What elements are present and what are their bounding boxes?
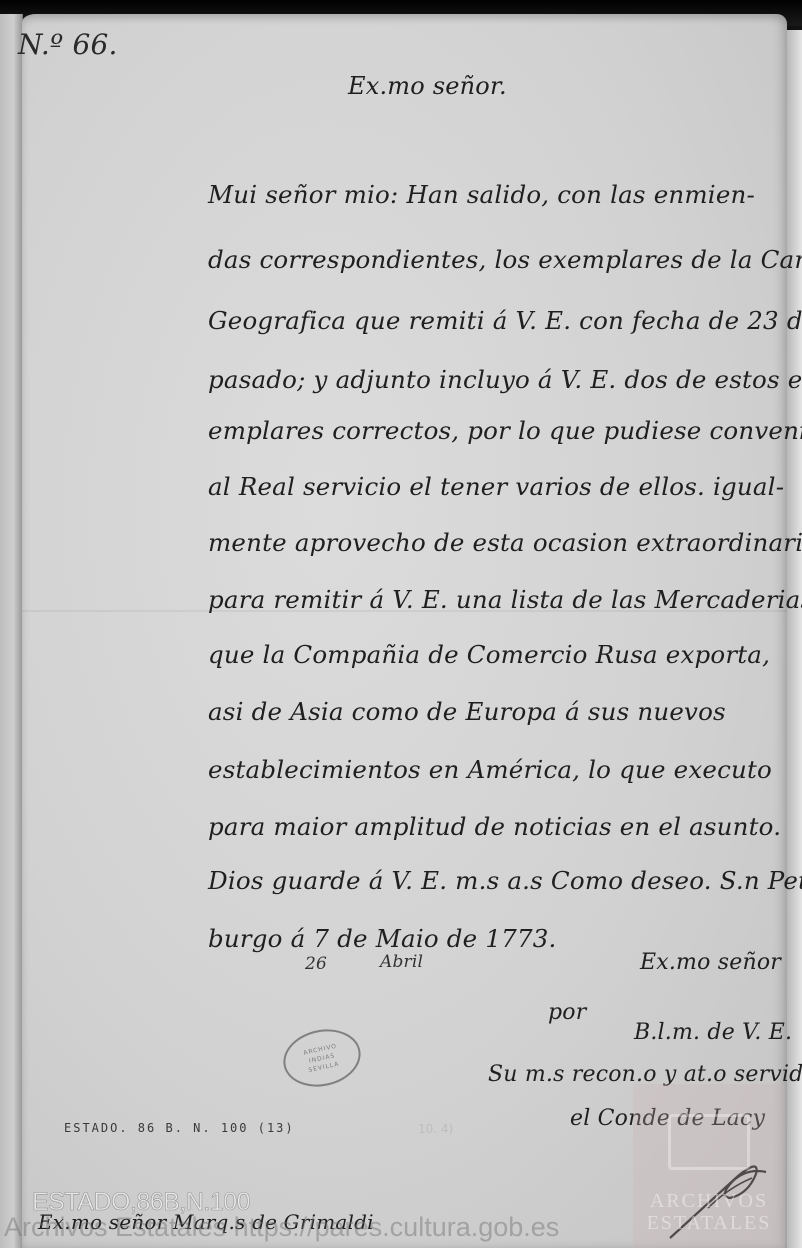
adjacent-page-edge [0,14,23,1248]
body-line: pasado; y adjunto incluyo á V. E. dos de… [208,365,802,394]
watermark-url: Archivos Estatales https://pares.cultura… [4,1212,559,1243]
logo-text-line: ARCHIVOS [650,1190,768,1212]
closing-line: Dios guarde á V. E. m.s a.s Como deseo. … [208,866,802,895]
archivos-estatales-logo: ARCHIVOS ESTATALES [633,1084,785,1248]
date-correction-day: 26 [305,954,327,974]
date-correction-month: Abril [380,952,423,972]
body-line: Mui señor mio: Han salido, con las enmie… [208,180,755,209]
signature-blm: B.l.m. de V. E. [634,1020,792,1045]
heading-salutation: Ex.mo señor. [348,72,507,100]
signature-por: por [548,1000,586,1025]
body-line: al Real servicio el tener varios de ello… [208,472,784,501]
body-line: para maior amplitud de noticias en el as… [208,812,781,841]
body-line: Geografica que remiti á V. E. con fecha … [208,306,802,335]
logo-text-line: ESTATALES [647,1212,772,1234]
signature-salutation: Ex.mo señor [640,950,781,975]
logo-mark-icon [668,1114,750,1170]
body-line: que la Compañia de Comercio Rusa exporta… [208,640,770,669]
archive-reference: ESTADO. 86 B. N. 100 (13) [64,1121,295,1135]
body-line: para remitir á V. E. una lista de las Me… [208,585,802,614]
body-line: das correspondientes, los exemplares de … [208,245,802,274]
body-line: mente aprovecho de esta ocasion extraord… [208,528,802,557]
body-line: asi de Asia como de Europa á sus nuevos [208,697,726,726]
body-line: establecimientos en América, lo que exec… [208,755,772,784]
body-line: emplares correctos, por lo que pudiese c… [208,416,802,445]
item-number: N.º 66. [18,28,118,61]
faint-pencil-mark: 10. 4) [418,1122,453,1136]
closing-line: burgo á 7 de Maio de 1773. [208,924,557,953]
